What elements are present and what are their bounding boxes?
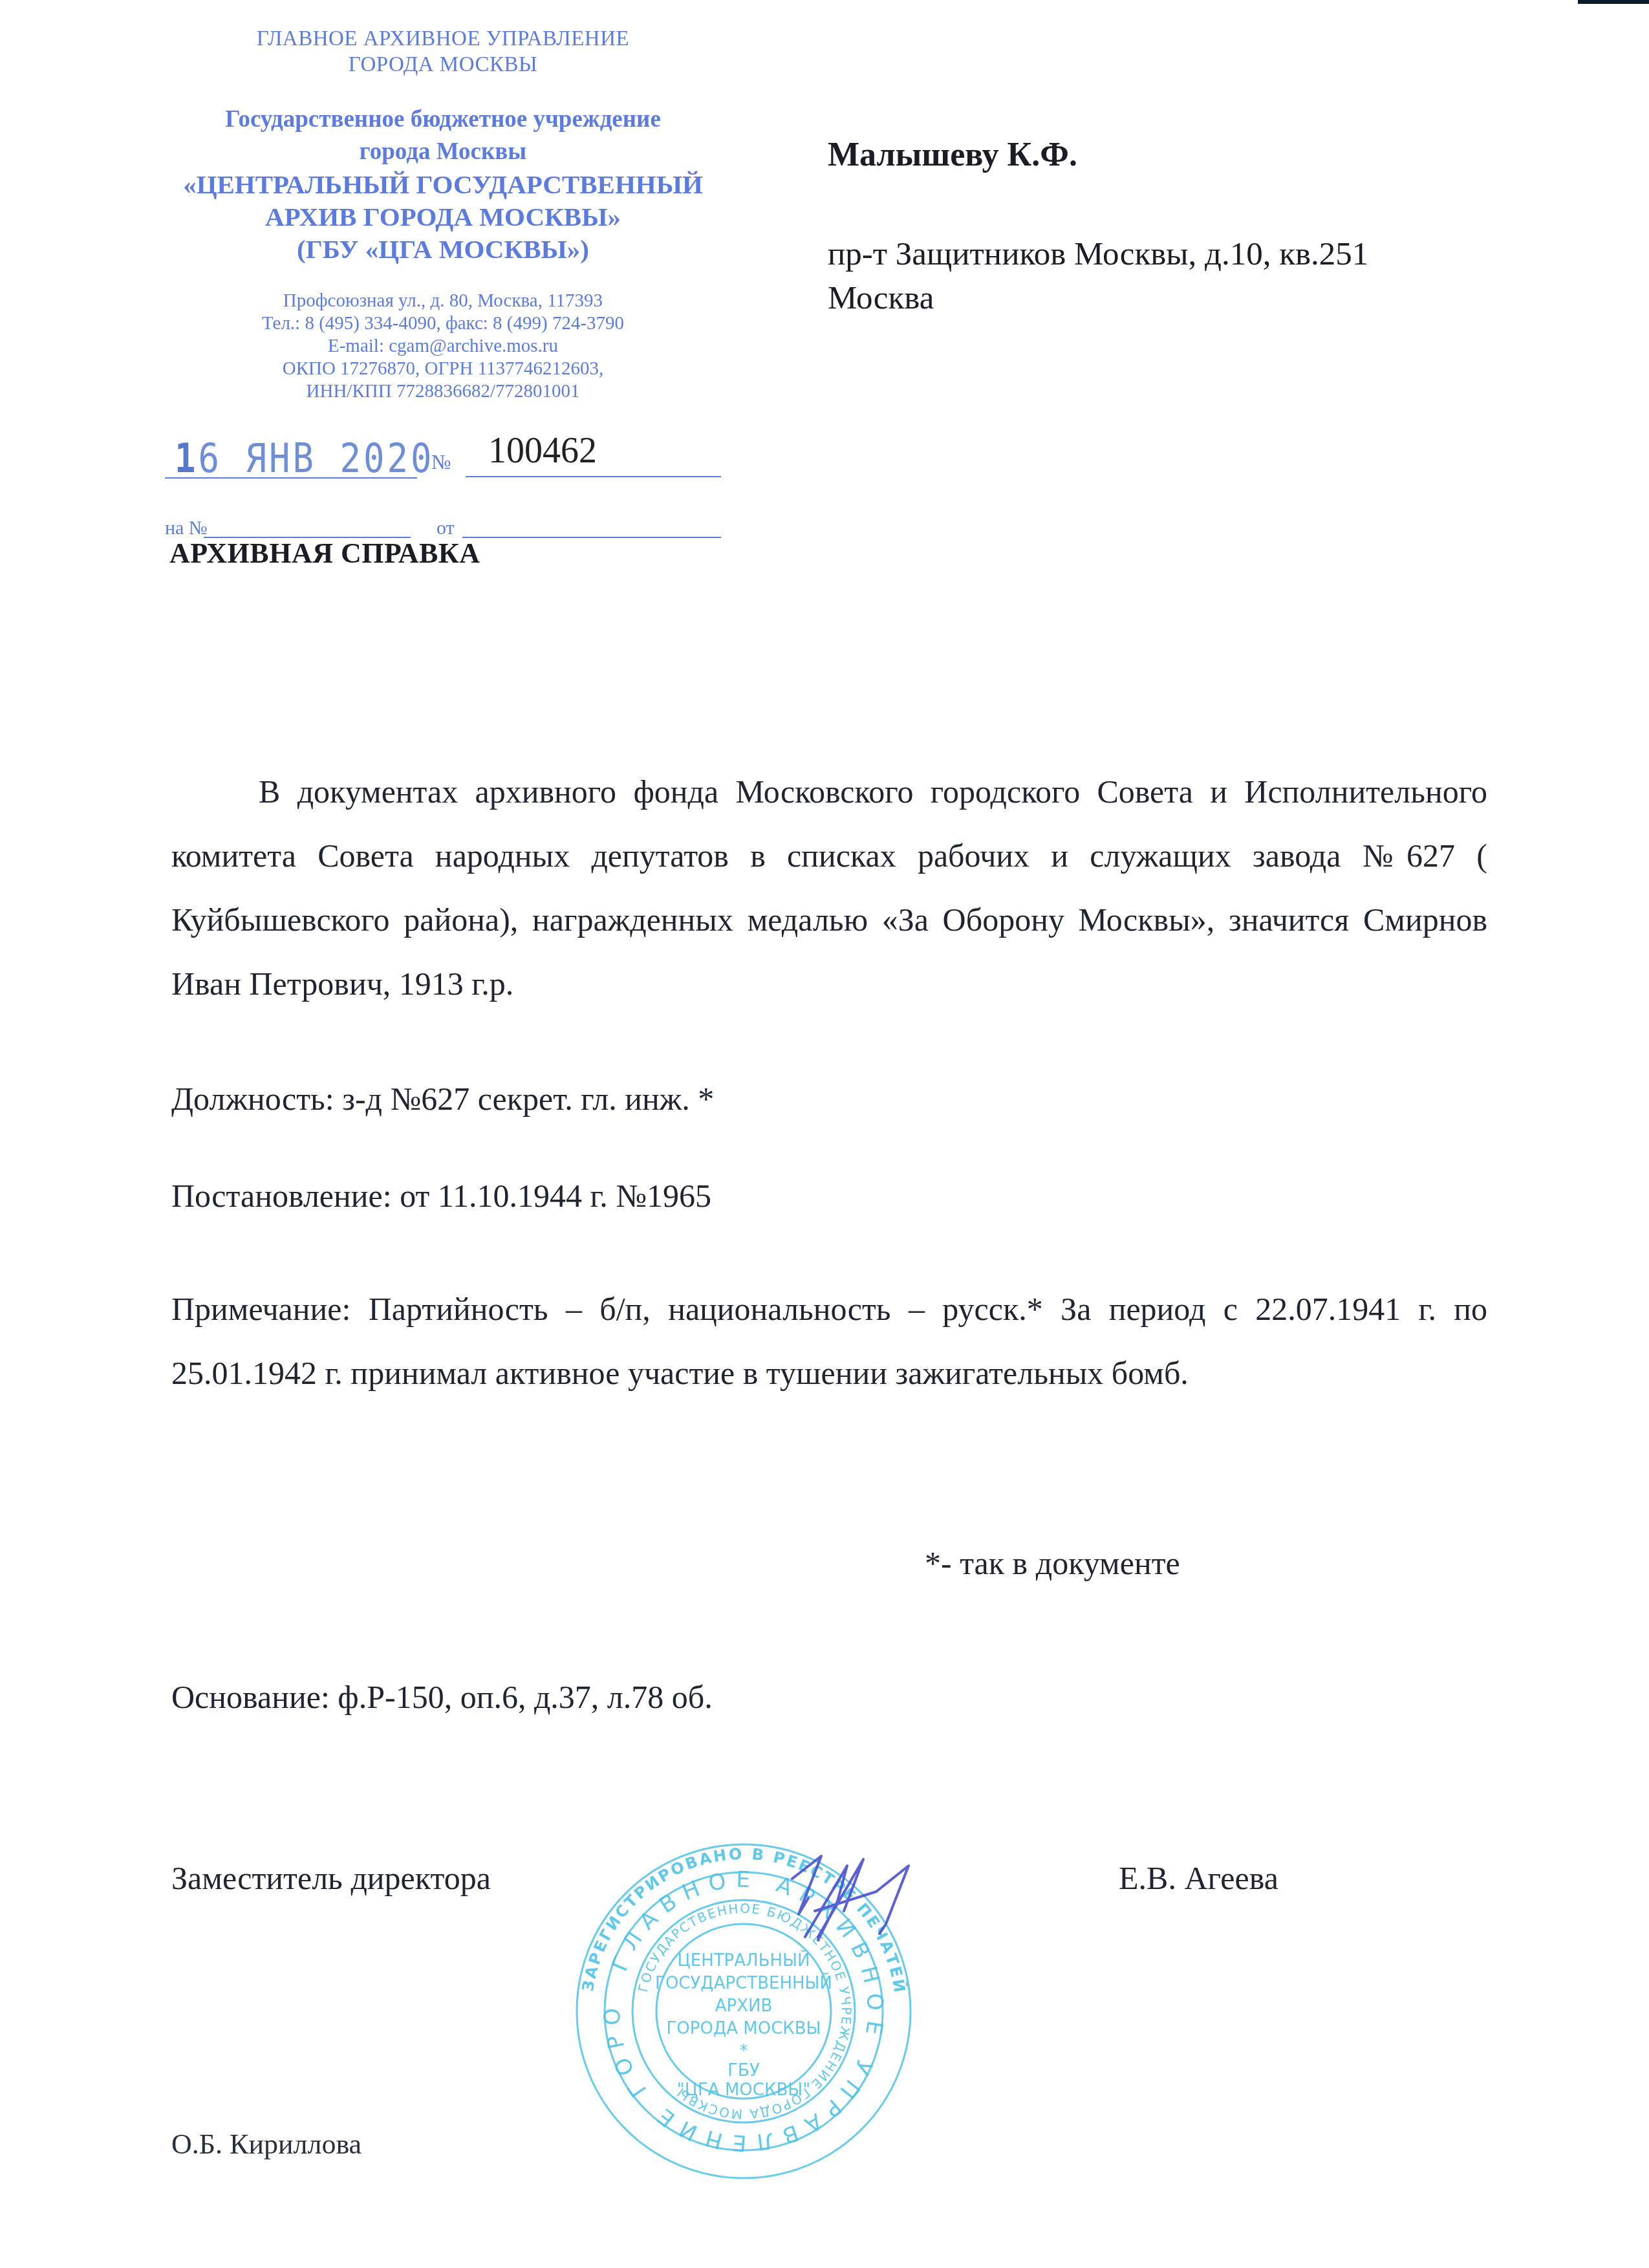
codes-2: ИНН/КПП 7728836682/772801001 — [162, 380, 724, 403]
position-line: Должность: з-д №627 секрет. гл. инж. * — [171, 1067, 1487, 1131]
basis-line: Основание: ф.Р-150, оп.6, д.37, л.78 об. — [171, 1678, 713, 1716]
authority-line-2: ГОРОДА МОСКВЫ — [162, 52, 724, 78]
number-label: № — [431, 450, 451, 474]
signature-icon — [773, 1840, 967, 1969]
svg-text:"ЦГА МОСКВЫ": "ЦГА МОСКВЫ" — [677, 2080, 810, 2100]
org-line-4: АРХИВ ГОРОДА МОСКВЫ» — [162, 200, 724, 233]
phones: Тел.: 8 (495) 334-4090, факс: 8 (499) 72… — [162, 312, 724, 335]
date-stamp-digit: 1 — [175, 435, 199, 481]
note-block: Примечание: Партийность – б/п, националь… — [171, 1277, 1487, 1405]
document-title: АРХИВНАЯ СПРАВКА — [169, 537, 480, 570]
position-text: Должность: з-д №627 секрет. гл. инж. * — [171, 1067, 1487, 1131]
date-underline — [165, 477, 417, 479]
recipient-block: Малышеву К.Ф. пр-т Защитников Москвы, д.… — [828, 136, 1368, 320]
ref-from-label: от — [436, 517, 455, 539]
scan-edge-mark — [1578, 0, 1649, 4]
authority-line-1: ГЛАВНОЕ АРХИВНОЕ УПРАВЛЕНИЕ — [162, 26, 724, 52]
svg-text:АРХИВ: АРХИВ — [715, 1996, 773, 2016]
email: E-mail: cgam@archive.mos.ru — [162, 335, 724, 358]
main-paragraph: В документах архивного фонда Московского… — [171, 760, 1487, 1016]
address-line-2: Москва — [828, 276, 1368, 320]
ref-number-label: на № — [165, 517, 208, 539]
number-underline — [466, 476, 721, 477]
decree-text: Постановление: от 11.10.1944 г. №1965 — [171, 1164, 1487, 1228]
handwritten-signature — [773, 1840, 967, 1969]
date-stamp: 16 ЯНВ 2020 — [175, 435, 435, 481]
svg-text:ГОРОДА МОСКВЫ: ГОРОДА МОСКВЫ — [666, 2019, 821, 2038]
executor-name: О.Б. Кириллова — [171, 2128, 361, 2161]
org-line-3: «ЦЕНТРАЛЬНЫЙ ГОСУДАРСТВЕННЫЙ — [162, 168, 724, 200]
org-line-2: города Москвы — [162, 136, 724, 168]
codes-1: ОКПО 17276870, ОГРН 1137746212603, — [162, 358, 724, 380]
certificate-paragraph: В документах архивного фонда Московского… — [171, 760, 1487, 1016]
address-line-1: пр-т Защитников Москвы, д.10, кв.251 — [828, 232, 1368, 276]
svg-text:*: * — [740, 2042, 748, 2061]
letterhead: ГЛАВНОЕ АРХИВНОЕ УПРАВЛЕНИЕ ГОРОДА МОСКВ… — [162, 26, 724, 403]
footnote: *- так в документе — [925, 1544, 1180, 1582]
signatory-role: Заместитель директора — [171, 1859, 491, 1897]
recipient-name: Малышеву К.Ф. — [828, 136, 1368, 174]
svg-text:ГОСУДАРСТВЕННЫЙ: ГОСУДАРСТВЕННЫЙ — [655, 1972, 832, 1993]
registration-row: 16 ЯНВ 2020 № 100462 — [165, 427, 721, 479]
date-stamp-rest: 6 ЯНВ 2020 — [199, 435, 435, 481]
address: Профсоюзная ул., д. 80, Москва, 117393 — [162, 290, 724, 312]
org-line-1: Государственное бюджетное учреждение — [162, 103, 724, 136]
signatory-name: Е.В. Агеева — [1119, 1859, 1278, 1897]
contacts: Профсоюзная ул., д. 80, Москва, 117393 Т… — [162, 290, 724, 403]
ref-date-line — [462, 537, 721, 538]
recipient-address: пр-т Защитников Москвы, д.10, кв.251 Мос… — [828, 232, 1368, 320]
decree-line: Постановление: от 11.10.1944 г. №1965 — [171, 1164, 1487, 1228]
note-text: Примечание: Партийность – б/п, националь… — [171, 1277, 1487, 1405]
svg-text:ГБУ: ГБУ — [727, 2061, 760, 2080]
organization-name: Государственное бюджетное учреждение гор… — [162, 103, 724, 265]
registration-number: 100462 — [488, 430, 597, 471]
org-line-5: (ГБУ «ЦГА МОСКВЫ») — [162, 233, 724, 265]
